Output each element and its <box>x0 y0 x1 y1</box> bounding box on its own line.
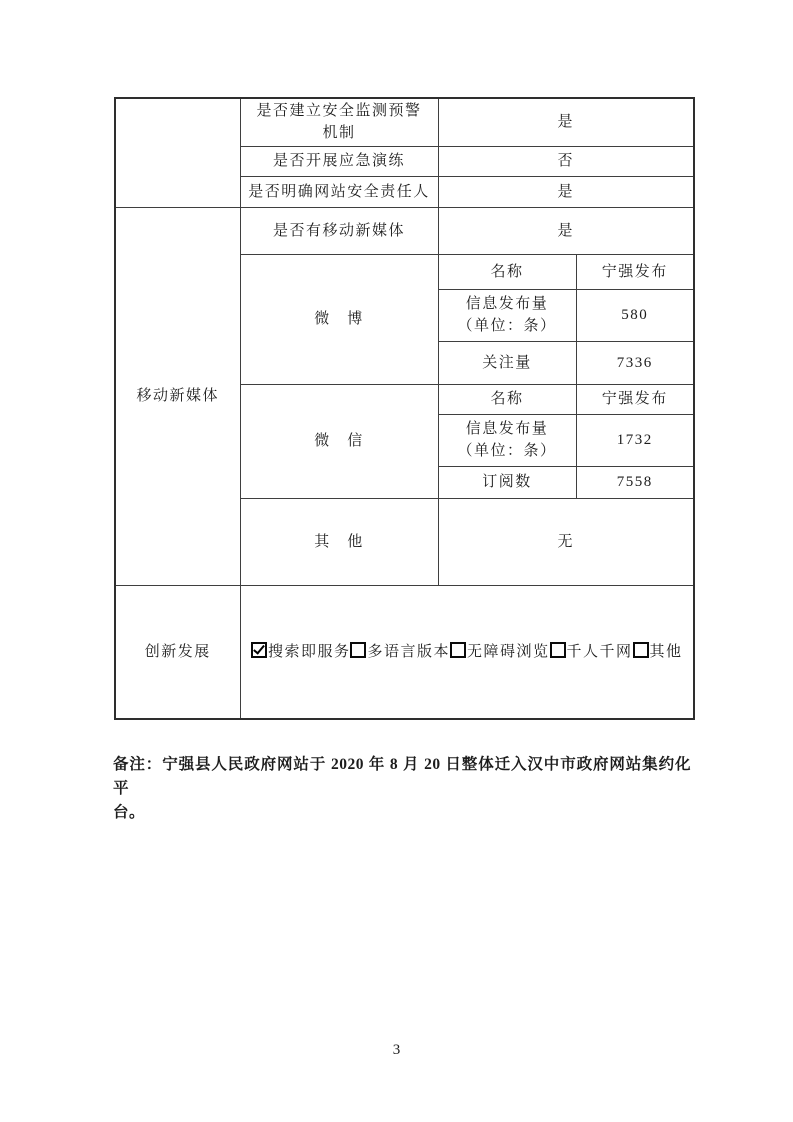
weibo-name-key: 名称 <box>438 254 576 289</box>
mobile-media-answer: 是 <box>438 207 694 254</box>
weibo-followers-key: 关注量 <box>438 341 576 384</box>
weixin-name-value: 宁强发布 <box>576 384 694 414</box>
section-label-cell-empty <box>115 98 240 207</box>
checkbox-icon <box>450 642 466 658</box>
security-question-3: 是否明确网站安全责任人 <box>240 176 438 207</box>
table-row: 是否建立安全监测预警 机制 是 <box>115 98 694 146</box>
table-row: 创新发展 搜索即服务多语言版本无障碍浏览千人千网其他 <box>115 585 694 719</box>
weibo-posts-value: 580 <box>576 289 694 341</box>
checkbox-label: 多语言版本 <box>367 644 450 660</box>
section-label-mobile-media: 移动新媒体 <box>115 207 240 585</box>
checkbox-icon <box>350 642 366 658</box>
other-media-value: 无 <box>438 498 694 585</box>
security-answer-3: 是 <box>438 176 694 207</box>
page-number: 3 <box>0 1042 793 1059</box>
weixin-posts-key: 信息发布量 （单位：条） <box>438 414 576 466</box>
checkbox-label: 无障碍浏览 <box>467 644 550 660</box>
checkbox-icon <box>550 642 566 658</box>
checkbox-option-accessibility: 无障碍浏览 <box>450 641 550 663</box>
weixin-subscribers-key: 订阅数 <box>438 466 576 498</box>
table-row: 移动新媒体 是否有移动新媒体 是 <box>115 207 694 254</box>
other-media-label: 其 他 <box>240 498 438 585</box>
weibo-posts-key: 信息发布量 （单位：条） <box>438 289 576 341</box>
checkbox-option-search-service: 搜索即服务 <box>251 641 351 663</box>
checkbox-label: 千人千网 <box>567 644 633 660</box>
checkbox-icon <box>633 642 649 658</box>
security-answer-1: 是 <box>438 98 694 146</box>
checkbox-option-personalized: 千人千网 <box>550 641 633 663</box>
weibo-followers-value: 7336 <box>576 341 694 384</box>
innovation-options-cell: 搜索即服务多语言版本无障碍浏览千人千网其他 <box>240 585 694 719</box>
weixin-name-key: 名称 <box>438 384 576 414</box>
weixin-label: 微 信 <box>240 384 438 498</box>
weixin-posts-value: 1732 <box>576 414 694 466</box>
checkbox-option-multilingual: 多语言版本 <box>350 641 450 663</box>
weibo-label: 微 博 <box>240 254 438 384</box>
footnote: 备注：宁强县人民政府网站于 2020 年 8 月 20 日整体迁入汉中市政府网站… <box>113 753 691 825</box>
weibo-name-value: 宁强发布 <box>576 254 694 289</box>
mobile-media-question: 是否有移动新媒体 <box>240 207 438 254</box>
security-question-1: 是否建立安全监测预警 机制 <box>240 98 438 146</box>
checkbox-label: 搜索即服务 <box>268 644 351 660</box>
checkbox-icon <box>251 642 267 658</box>
security-answer-2: 否 <box>438 146 694 176</box>
document-page: 是否建立安全监测预警 机制 是 是否开展应急演练 否 是否明确网站安全责任人 是… <box>0 0 793 1122</box>
section-label-innovation: 创新发展 <box>115 585 240 719</box>
report-table: 是否建立安全监测预警 机制 是 是否开展应急演练 否 是否明确网站安全责任人 是… <box>114 97 695 720</box>
checkbox-option-other: 其他 <box>633 641 683 663</box>
checkbox-label: 其他 <box>650 644 683 660</box>
weixin-subscribers-value: 7558 <box>576 466 694 498</box>
security-question-2: 是否开展应急演练 <box>240 146 438 176</box>
